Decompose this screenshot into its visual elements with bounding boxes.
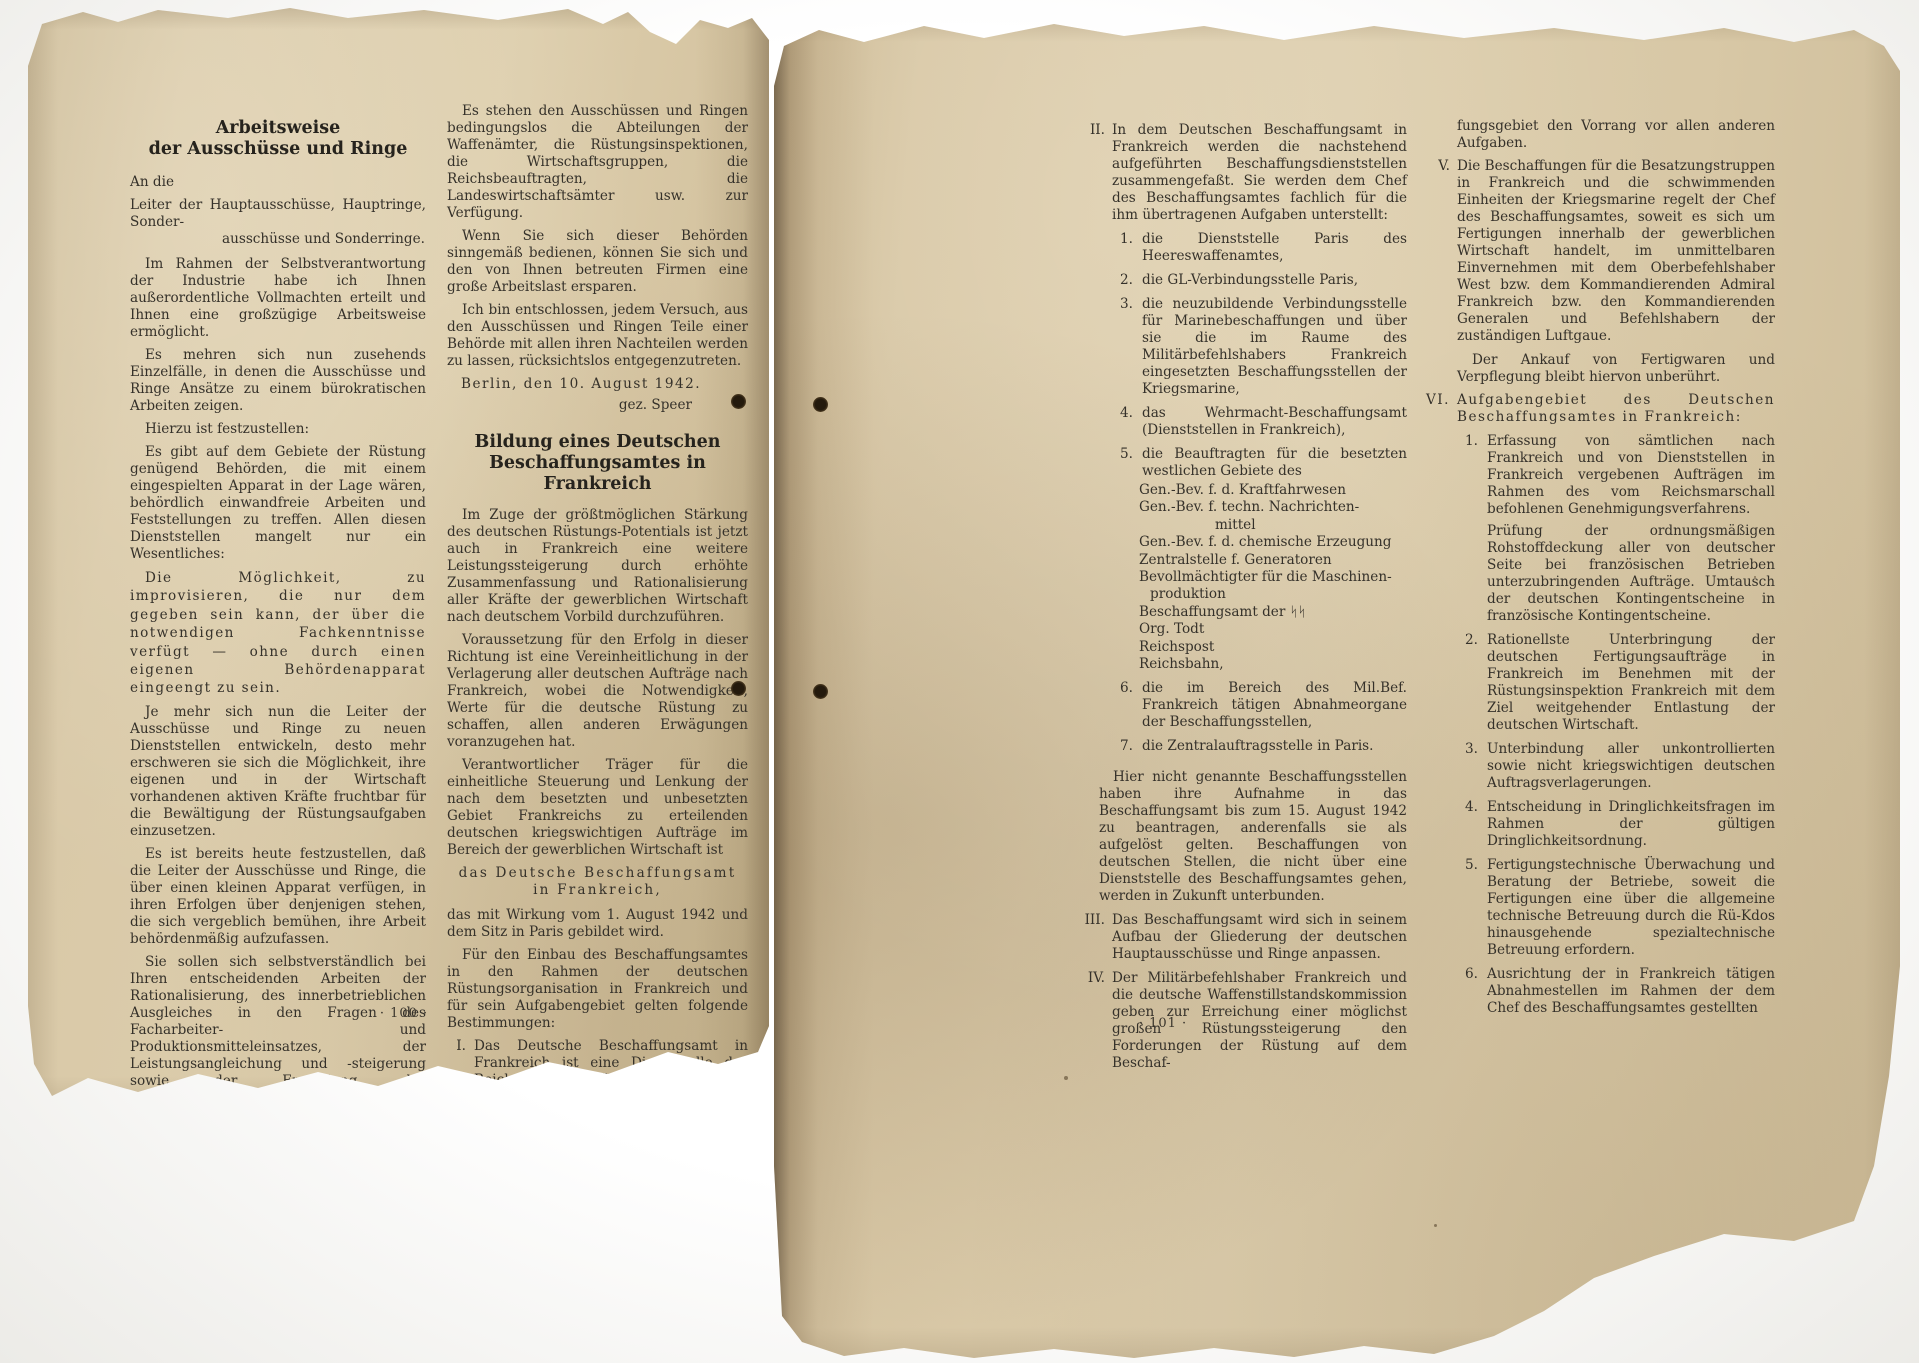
paper-stain (1754, 576, 1756, 578)
sub-list-line: Org. Todt (1139, 621, 1407, 638)
list-text: die Dienststelle Paris des Heereswaffena… (1142, 231, 1407, 264)
paragraph: Hier nicht genannte Beschaffungsstellen … (1099, 769, 1407, 905)
list-item: 5. die Beauftragten für die besetzten we… (1112, 446, 1407, 480)
page-number: · 100 · (354, 1006, 454, 1021)
paragraph: Im Zuge der größtmöglichen Stärkung des … (447, 507, 748, 626)
sub-list-line: Gen.-Bev. f. techn. Nachrichten- (1139, 499, 1407, 516)
salutation-line: ausschüsse und Sonderringe. (222, 231, 426, 248)
list-text: die neuzubildende Verbindungsstelle für … (1142, 296, 1407, 397)
article-title-2: Bildung eines Deutschen Beschaffungsamte… (447, 432, 748, 495)
paragraph: Voraussetzung für den Erfolg in dieser R… (447, 632, 748, 751)
clause-text: Das Beschaffungsamt wird sich in seinem … (1112, 912, 1407, 962)
clause-text: Die Beschaffungen für die Besatzungstrup… (1457, 158, 1775, 344)
article-title-line: der Ausschüsse und Ringe (130, 139, 426, 160)
sub-list-line: Bevollmächtigter für die Maschinen- (1139, 569, 1407, 586)
list-item: 1. Erfassung von sämtlichen nach Frankre… (1457, 433, 1775, 625)
clause-item: V. Die Beschaffungen für die Besatzungst… (1425, 158, 1775, 345)
sub-list-line-ss: Beschaffungsamt der ᛋᛋ (1139, 604, 1407, 621)
right-column-2: fungsgebiet den Vorrang vor allen andere… (1425, 118, 1775, 1024)
clause-numeral: V. (1425, 158, 1450, 175)
list-text: Entscheidung in Dringlichkeitsfragen im … (1487, 799, 1775, 849)
list-text: Ausrichtung der in Frankreich tätigen Ab… (1487, 966, 1775, 1016)
list-text: Fertigungstechnische Überwachung und Ber… (1487, 857, 1775, 958)
paragraph: Ich bin entschlossen, jedem Versuch, aus… (447, 302, 748, 370)
list-numeral: 4. (1112, 405, 1133, 422)
emphasized-name-line: in Frankreich, (447, 882, 748, 899)
paragraph: Es ist bereits heute festzustellen, daß … (130, 846, 426, 948)
list-numeral: 3. (1457, 741, 1478, 758)
list-text: die Beauftragten für die besetzten westl… (1142, 446, 1407, 479)
paragraph: Sie sollen sich selbstverständlich bei I… (130, 954, 426, 1226)
paper-stain (1434, 1224, 1437, 1227)
paragraph: Es gibt auf dem Gebiete der Rüstung genü… (130, 444, 426, 563)
sub-list-line: produktion (1150, 586, 1407, 603)
list-item: 3. Unterbindung aller unkontrollierten s… (1457, 741, 1775, 792)
list-item: 1. die Dienststelle Paris des Heereswaff… (1112, 231, 1407, 265)
article-title-line: Bildung eines Deutschen (447, 432, 748, 453)
list-text: Erfassung von sämtlichen nach Frankreich… (1487, 433, 1775, 517)
dateline: Berlin, den 10. August 1942. (461, 376, 748, 393)
page-number: · 101 · (1113, 1016, 1213, 1031)
list-item: 4. das Wehrmacht-Beschaffungsamt (Dienst… (1112, 405, 1407, 439)
punch-hole (731, 681, 746, 696)
clause-numeral: VI. (1425, 392, 1450, 409)
list-numeral: 1. (1457, 433, 1478, 450)
right-column-1: II. In dem Deutschen Beschaffungsamt in … (1075, 122, 1407, 1079)
punch-hole (731, 394, 746, 409)
list-item: 4. Entscheidung in Dringlichkeitsfragen … (1457, 799, 1775, 850)
sub-list-line: mittel (1215, 517, 1407, 534)
list-text: Unterbindung aller unkontrollierten sowi… (1487, 741, 1775, 791)
sub-list-line: Zentralstelle f. Generatoren (1139, 552, 1407, 569)
list-text: Rationellste Unterbringung der deutschen… (1487, 632, 1775, 733)
clause-numeral: II. (1075, 122, 1105, 139)
clause-item: II. In dem Deutschen Beschaffungsamt in … (1075, 122, 1407, 224)
paragraph: Hierzu ist festzustellen: (130, 421, 426, 438)
list-text: das Wehrmacht-Beschaffungsamt (Dienstste… (1142, 405, 1407, 438)
paper-stain (548, 256, 550, 258)
signature: gez. Speer (447, 397, 748, 414)
sub-list-line: Gen.-Bev. f. d. Kraftfahrwesen (1139, 482, 1407, 499)
list-numeral: 2. (1457, 632, 1478, 649)
list-item: 3. die neuzubildende Verbindungsstelle f… (1112, 296, 1407, 398)
paper-stain (208, 936, 211, 939)
page-left: Arbeitsweise der Ausschüsse und Ringe An… (28, 6, 769, 1110)
paragraph: Je mehr sich nun die Leiter der Ausschüs… (130, 704, 426, 840)
salutation-line: Leiter der Hauptausschüsse, Hauptringe, … (130, 197, 426, 231)
ss-runes-glyph: ᛋᛋ (1290, 604, 1306, 620)
paragraph: Wenn Sie sich dieser Behörden sinngemäß … (447, 228, 748, 296)
list-numeral: 1. (1112, 231, 1133, 248)
list-item: 6. die im Bereich des Mil.Bef. Frankreic… (1112, 680, 1407, 731)
clause-item: III. Das Beschaffungsamt wird sich in se… (1075, 912, 1407, 963)
list-item: 5. Fertigungstechnische Überwachung und … (1457, 857, 1775, 959)
clause-item: I. Das Deutsche Beschaffungsamt in Frank… (447, 1038, 748, 1123)
article-title-line: Beschaffungsamtes in Frankreich (447, 453, 748, 495)
list-item: 6. Ausrichtung der in Frankreich tätigen… (1457, 966, 1775, 1017)
clause-item: VI. Aufgabengebiet des Deutschen Beschaf… (1425, 392, 1775, 426)
list-text: die Zentralauftragsstelle in Paris. (1142, 738, 1373, 754)
list-text-continued: Prüfung der ordnungsmäßigen Rohstoffdeck… (1487, 523, 1775, 625)
clause-text: In dem Deutschen Beschaffungsamt in Fran… (1112, 122, 1407, 223)
paragraph: Es mehren sich nun zusehends Einzelfälle… (130, 347, 426, 415)
list-item: 7. die Zentralauftragsstelle in Paris. (1112, 738, 1407, 755)
paragraph: das mit Wirkung vom 1. August 1942 und d… (447, 907, 748, 941)
paper-stain (1064, 1076, 1068, 1080)
list-numeral: 6. (1112, 680, 1133, 697)
paragraph-emphasized: Die Möglichkeit, zu improvisieren, die n… (130, 569, 426, 698)
left-column-1: Arbeitsweise der Ausschüsse und Ringe An… (130, 118, 426, 1232)
list-item: 2. die GL-Verbindungsstelle Paris, (1112, 272, 1407, 289)
list-numeral: 6. (1457, 966, 1478, 983)
list-numeral: 3. (1112, 296, 1133, 313)
clause-text: Aufgabengebiet des Deutschen Beschaffung… (1457, 392, 1775, 425)
list-numeral: 5. (1112, 446, 1133, 463)
salutation-line: An die (130, 174, 426, 191)
paragraph: Im Rahmen der Selbstverantwortung der In… (130, 256, 426, 341)
sub-list-line: Reichspost (1139, 639, 1407, 656)
emphasized-name-line: das Deutsche Beschaffungsamt (447, 865, 748, 882)
paragraph: Für den Einbau des Beschaffungsamtes in … (447, 947, 748, 1032)
article-title-line: Arbeitsweise (130, 118, 426, 139)
sub-list-line: Reichsbahn, (1139, 656, 1407, 673)
scanned-document-spread: Arbeitsweise der Ausschüsse und Ringe An… (0, 0, 1919, 1363)
sub-list-text: Beschaffungsamt der (1139, 604, 1290, 620)
paragraph: Der Ankauf von Fertigwaren und Verpflegu… (1457, 352, 1775, 386)
paragraph: Es stehen den Ausschüssen und Ringen bed… (447, 103, 748, 222)
emphasized-name: das Deutsche Beschaffungsamt in Frankrei… (447, 865, 748, 899)
article-title: Arbeitsweise der Ausschüsse und Ringe (130, 118, 426, 160)
left-column-2: Es stehen den Ausschüssen und Ringen bed… (447, 103, 748, 1130)
list-numeral: 2. (1112, 272, 1133, 289)
page-right: II. In dem Deutschen Beschaffungsamt in … (774, 16, 1900, 1361)
list-text: die im Bereich des Mil.Bef. Frankreich t… (1142, 680, 1407, 730)
clause-numeral: IV. (1075, 970, 1105, 987)
punch-hole (813, 684, 828, 699)
sub-list-line: Gen.-Bev. f. d. chemische Erzeugung (1139, 534, 1407, 551)
list-text: die GL-Verbindungsstelle Paris, (1142, 272, 1358, 288)
continuation-paragraph: fungsgebiet den Vorrang vor allen andere… (1457, 118, 1775, 152)
clause-numeral: I. (447, 1038, 466, 1055)
punch-hole (813, 397, 828, 412)
list-item: 2. Rationellste Unterbringung der deutsc… (1457, 632, 1775, 734)
clause-text: Das Deutsche Beschaffungsamt in Frankrei… (474, 1038, 748, 1122)
list-numeral: 5. (1457, 857, 1478, 874)
list-numeral: 4. (1457, 799, 1478, 816)
list-numeral: 7. (1112, 738, 1133, 755)
clause-numeral: III. (1075, 912, 1105, 929)
paragraph: Verantwortlicher Träger für die einheitl… (447, 757, 748, 859)
